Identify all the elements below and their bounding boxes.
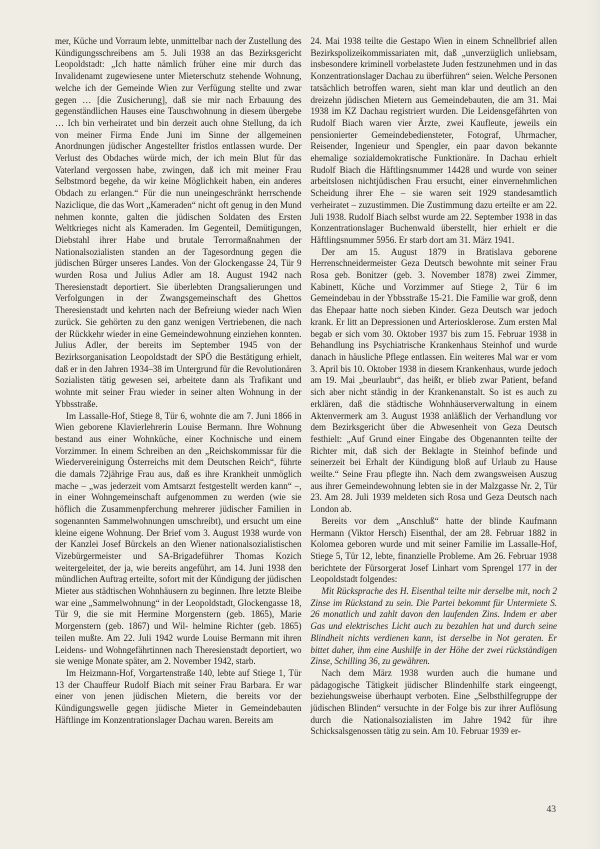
- paragraph: 24. Mai 1938 teilte die Gestapo Wien in …: [311, 36, 558, 247]
- paragraph: Nach dem März 1938 wurden auch die human…: [311, 668, 558, 738]
- book-page: mer, Küche und Vorraum lebte, unmittelba…: [0, 0, 600, 849]
- paragraph: Im Heizmann-Hof, Vorgartenstraße 140, le…: [55, 668, 302, 727]
- paragraph: Der am 15. August 1879 in Bratislava geb…: [311, 247, 558, 516]
- page-number: 43: [547, 805, 557, 815]
- paragraph: mer, Küche und Vorraum lebte, unmittelba…: [55, 36, 302, 411]
- paragraph: Bereits vor dem „Anschluß“ hatte der bli…: [311, 516, 558, 586]
- text-columns: mer, Küche und Vorraum lebte, unmittelba…: [0, 0, 600, 738]
- paragraph: Mit Rücksprache des H. Eisenthal teilte …: [311, 586, 558, 668]
- right-column: 24. Mai 1938 teilte die Gestapo Wien in …: [311, 36, 558, 738]
- left-column: mer, Küche und Vorraum lebte, unmittelba…: [55, 36, 302, 738]
- paragraph: Im Lassalle-Hof, Stiege 8, Tür 6, wohnte…: [55, 411, 302, 668]
